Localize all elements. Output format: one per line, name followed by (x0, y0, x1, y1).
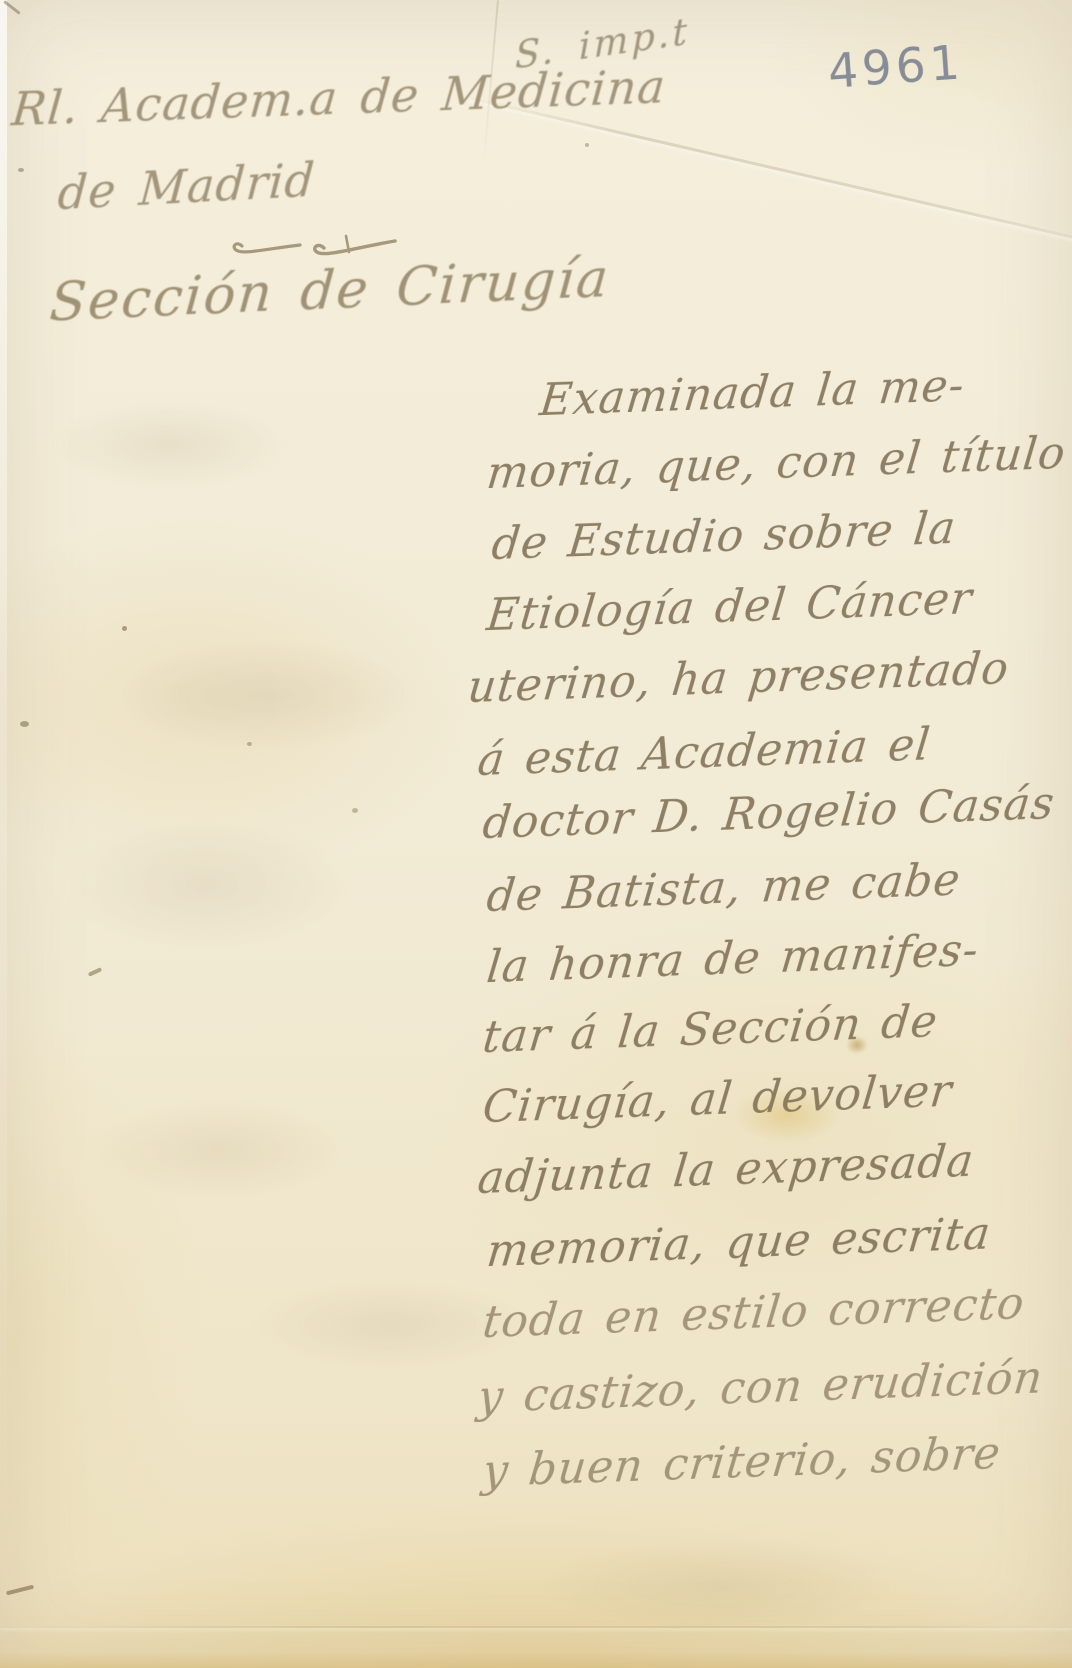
scan-edge-shadow (0, 1652, 1072, 1668)
ink-bleedthrough-mark (120, 640, 420, 750)
ink-speck (20, 721, 29, 727)
letterhead-line-1: Rl. Academ.a de Medicina (10, 59, 669, 136)
ink-speck (18, 168, 24, 172)
paper-crease-bottom (0, 1626, 1072, 1628)
ink-bleedthrough-mark (90, 1100, 350, 1200)
handwritten-line: de Estudio sobre la (489, 503, 958, 570)
ink-bleedthrough-mark (50, 400, 290, 490)
pencil-scratch (6, 1585, 34, 1596)
scan-edge-highlight (0, 0, 7, 1668)
handwritten-line: Examinada la me- (537, 360, 967, 426)
section-heading: Sección de Cirugía (48, 247, 613, 333)
ink-speck (122, 626, 127, 631)
document-number: 4961 (826, 35, 965, 99)
ink-bleedthrough-mark (540, 1540, 900, 1630)
letterhead-line-2: de Madrid (56, 152, 317, 220)
pencil-scratch (88, 967, 102, 977)
handwritten-line: de Batista, me cabe (484, 854, 963, 922)
handwritten-line: doctor D. Rogelio Casás (480, 778, 1057, 849)
handwritten-line: Etiología del Cáncer (484, 573, 975, 641)
handwritten-line: uterino, ha presentado (465, 643, 1011, 713)
ink-bleedthrough-mark (60, 820, 350, 950)
ink-speck (585, 143, 589, 147)
handwritten-line: memoria, que escrita (484, 1208, 993, 1277)
handwritten-line: y buen criterio, sobre (480, 1428, 1003, 1497)
handwritten-line: á esta Academia el (475, 719, 933, 786)
handwritten-line: Cirugía, al devolver (480, 1066, 955, 1134)
handwritten-line: la honra de manifes- (484, 925, 981, 993)
handwritten-line: tar á la Sección de (480, 996, 940, 1063)
handwritten-line: adjunta la expresada (475, 1136, 976, 1205)
manuscript-page: S. imp.t 4961 Rl. Academ.a de Medicina d… (0, 0, 1072, 1668)
ink-speck (247, 742, 252, 746)
ink-speck (352, 808, 358, 813)
handwritten-line: y castizo, con erudición (475, 1352, 1045, 1423)
handwritten-line: toda en estilo correcto (480, 1278, 1027, 1348)
paper-crease-diagonal (468, 96, 1072, 252)
handwritten-line: moria, que, con el título (484, 428, 1068, 499)
